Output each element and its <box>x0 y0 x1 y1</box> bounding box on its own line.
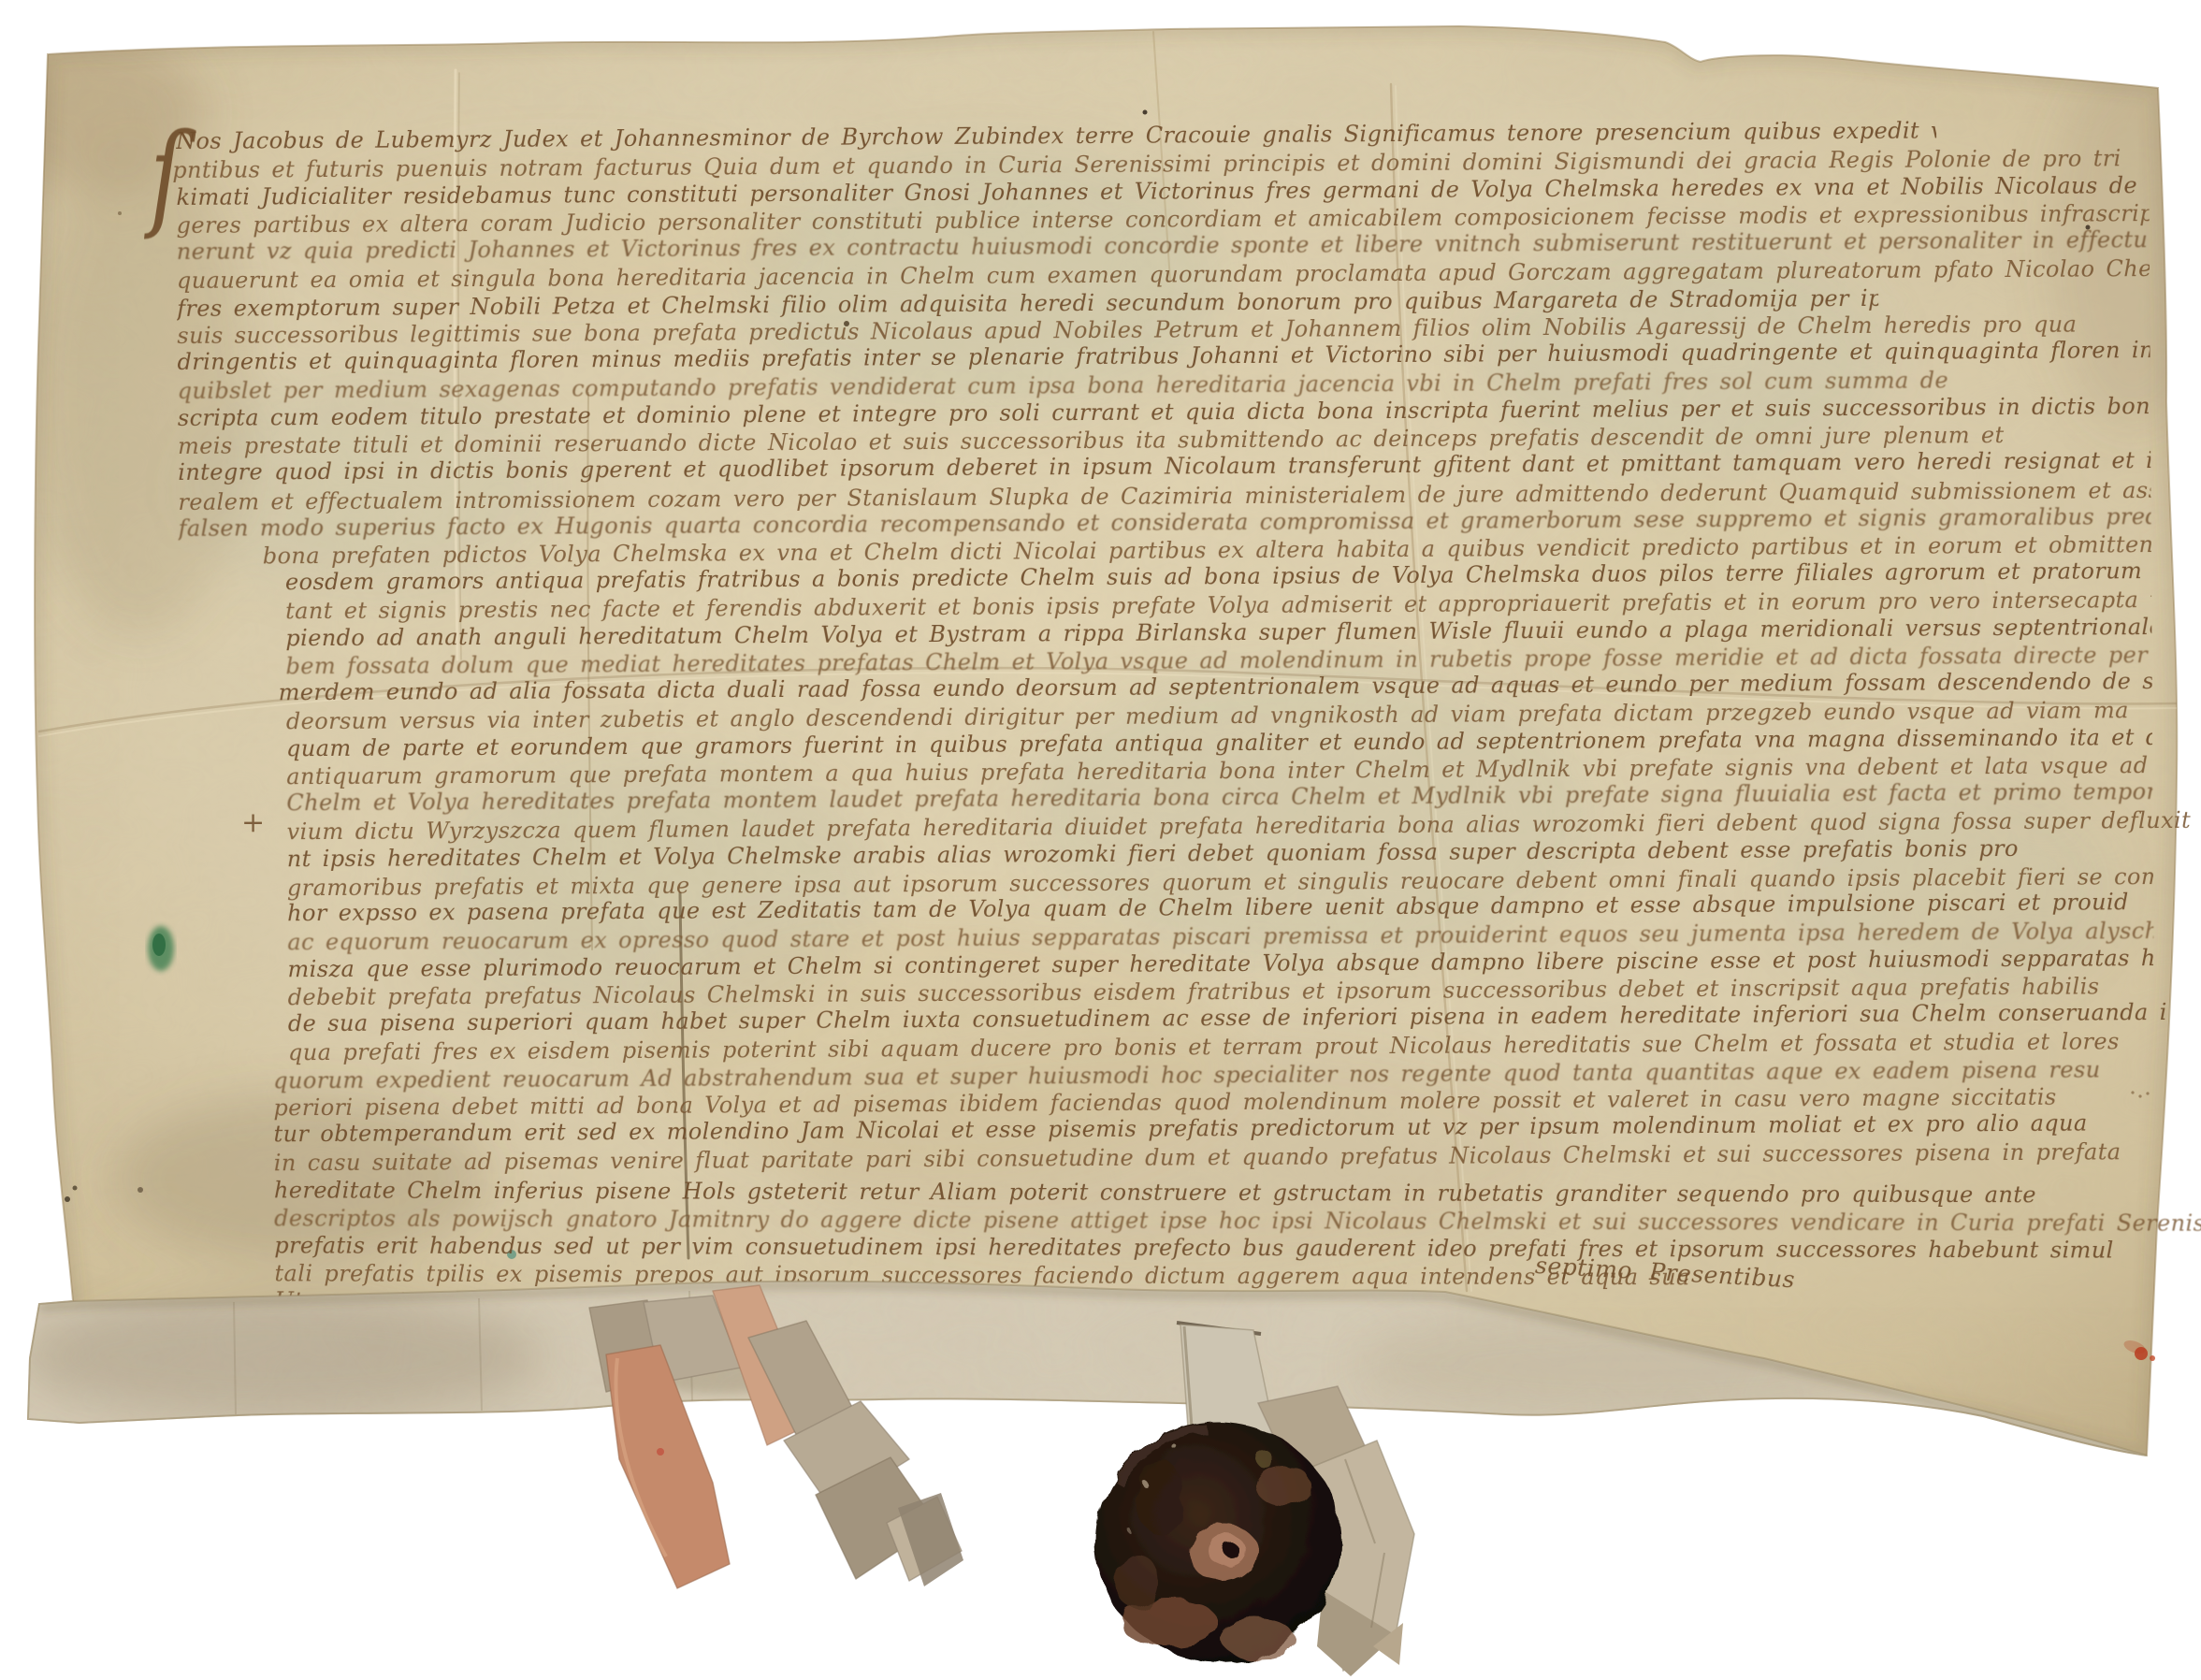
wax-seal <box>1095 1422 1340 1661</box>
charter-photo: Nos Jacobus de Lubemyrz Judex et Johanne… <box>0 0 2201 1680</box>
wax-drop <box>2122 1338 2155 1361</box>
plica-and-seal-layer <box>0 0 2201 1680</box>
plica-fold <box>0 1216 2201 1497</box>
